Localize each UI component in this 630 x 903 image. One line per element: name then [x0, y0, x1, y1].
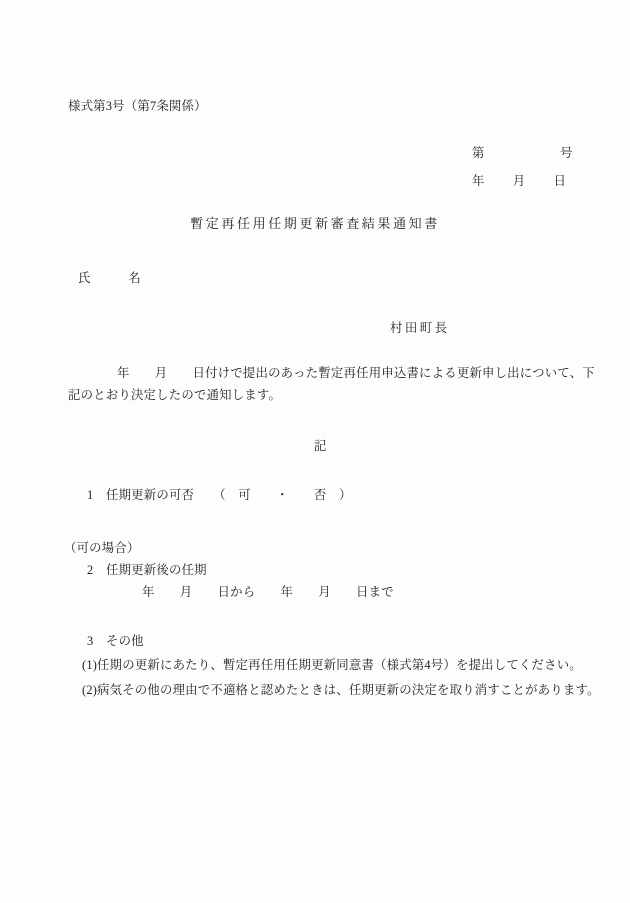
document-title: 暫定再任用任期更新審査結果通知書	[0, 217, 630, 231]
document-number-blank: 第 号	[472, 146, 573, 160]
item2-renewed-term: 2 任期更新後の任期	[87, 563, 207, 577]
item2-term-dates-blank: 年 月 日から 年 月 日まで	[142, 585, 394, 599]
body-paragraph-line1: 年 月 日付けで提出のあった暫定再任用申込書による更新申し出について、下	[117, 366, 595, 380]
name-field-label: 氏 名	[78, 271, 141, 285]
body-paragraph-line2: 記のとおり決定したので通知します。	[68, 388, 281, 402]
record-marker: 記	[314, 439, 327, 453]
item3-note2: (2)病気その他の理由で不適格と認めたときは、任期更新の決定を取り消すことがあり…	[82, 683, 600, 697]
date-blank: 年 月 日	[472, 174, 567, 188]
item3-other: 3 その他	[87, 634, 144, 648]
item3-note1: (1)任期の更新にあたり、暫定再任用任期更新同意書（様式第4号）を提出してくださ…	[82, 658, 582, 672]
document-page: 様式第3号（第7条関係） 第 号 年 月 日 暫定再任用任期更新審査結果通知書 …	[0, 0, 630, 903]
form-number: 様式第3号（第7条関係）	[68, 99, 207, 113]
sender-name: 村田町長	[390, 321, 450, 335]
item1-renewal-approval: 1 任期更新の可否 （ 可 ・ 否 ）	[87, 488, 352, 502]
conditional-case-label: （可の場合）	[64, 541, 140, 555]
